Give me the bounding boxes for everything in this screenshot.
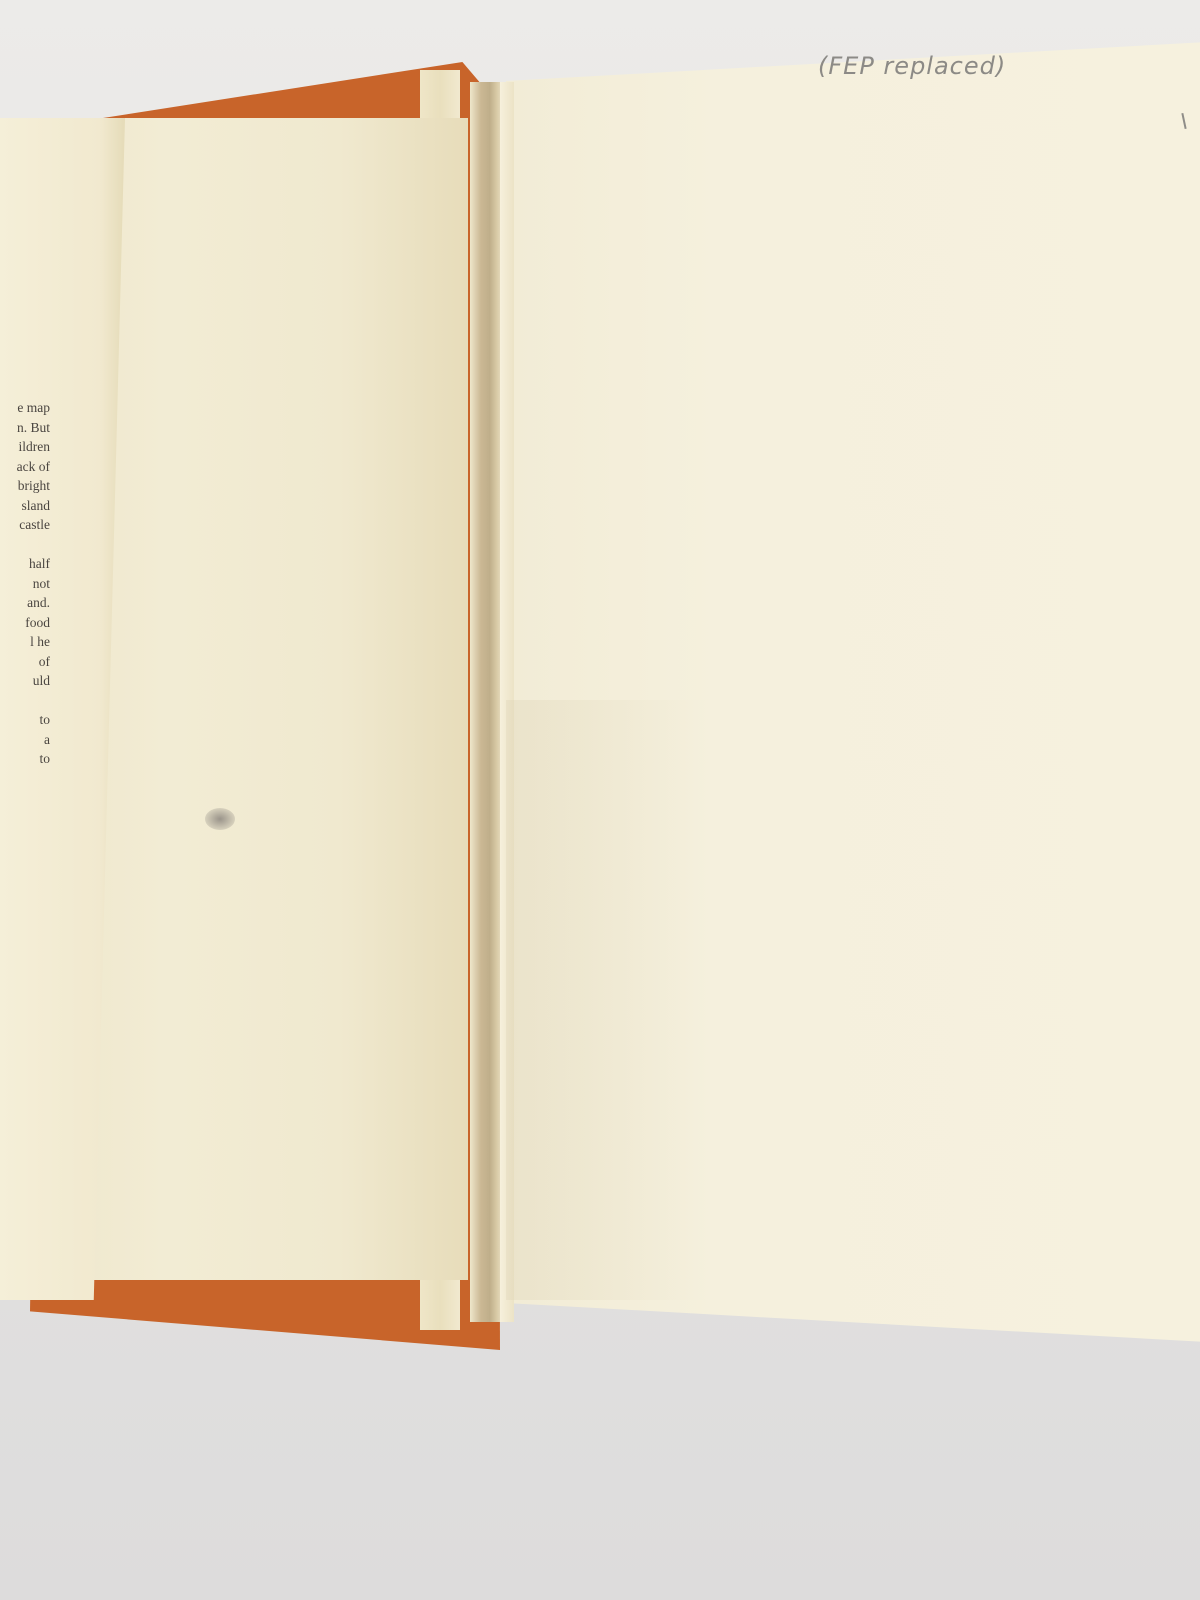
jacket-flap-text: e map n. But ildren ack of bright sland … (0, 398, 50, 769)
page-shadow (506, 700, 706, 1300)
handwritten-note: (FEP replaced) (818, 52, 1006, 80)
smudge-mark (205, 808, 235, 830)
